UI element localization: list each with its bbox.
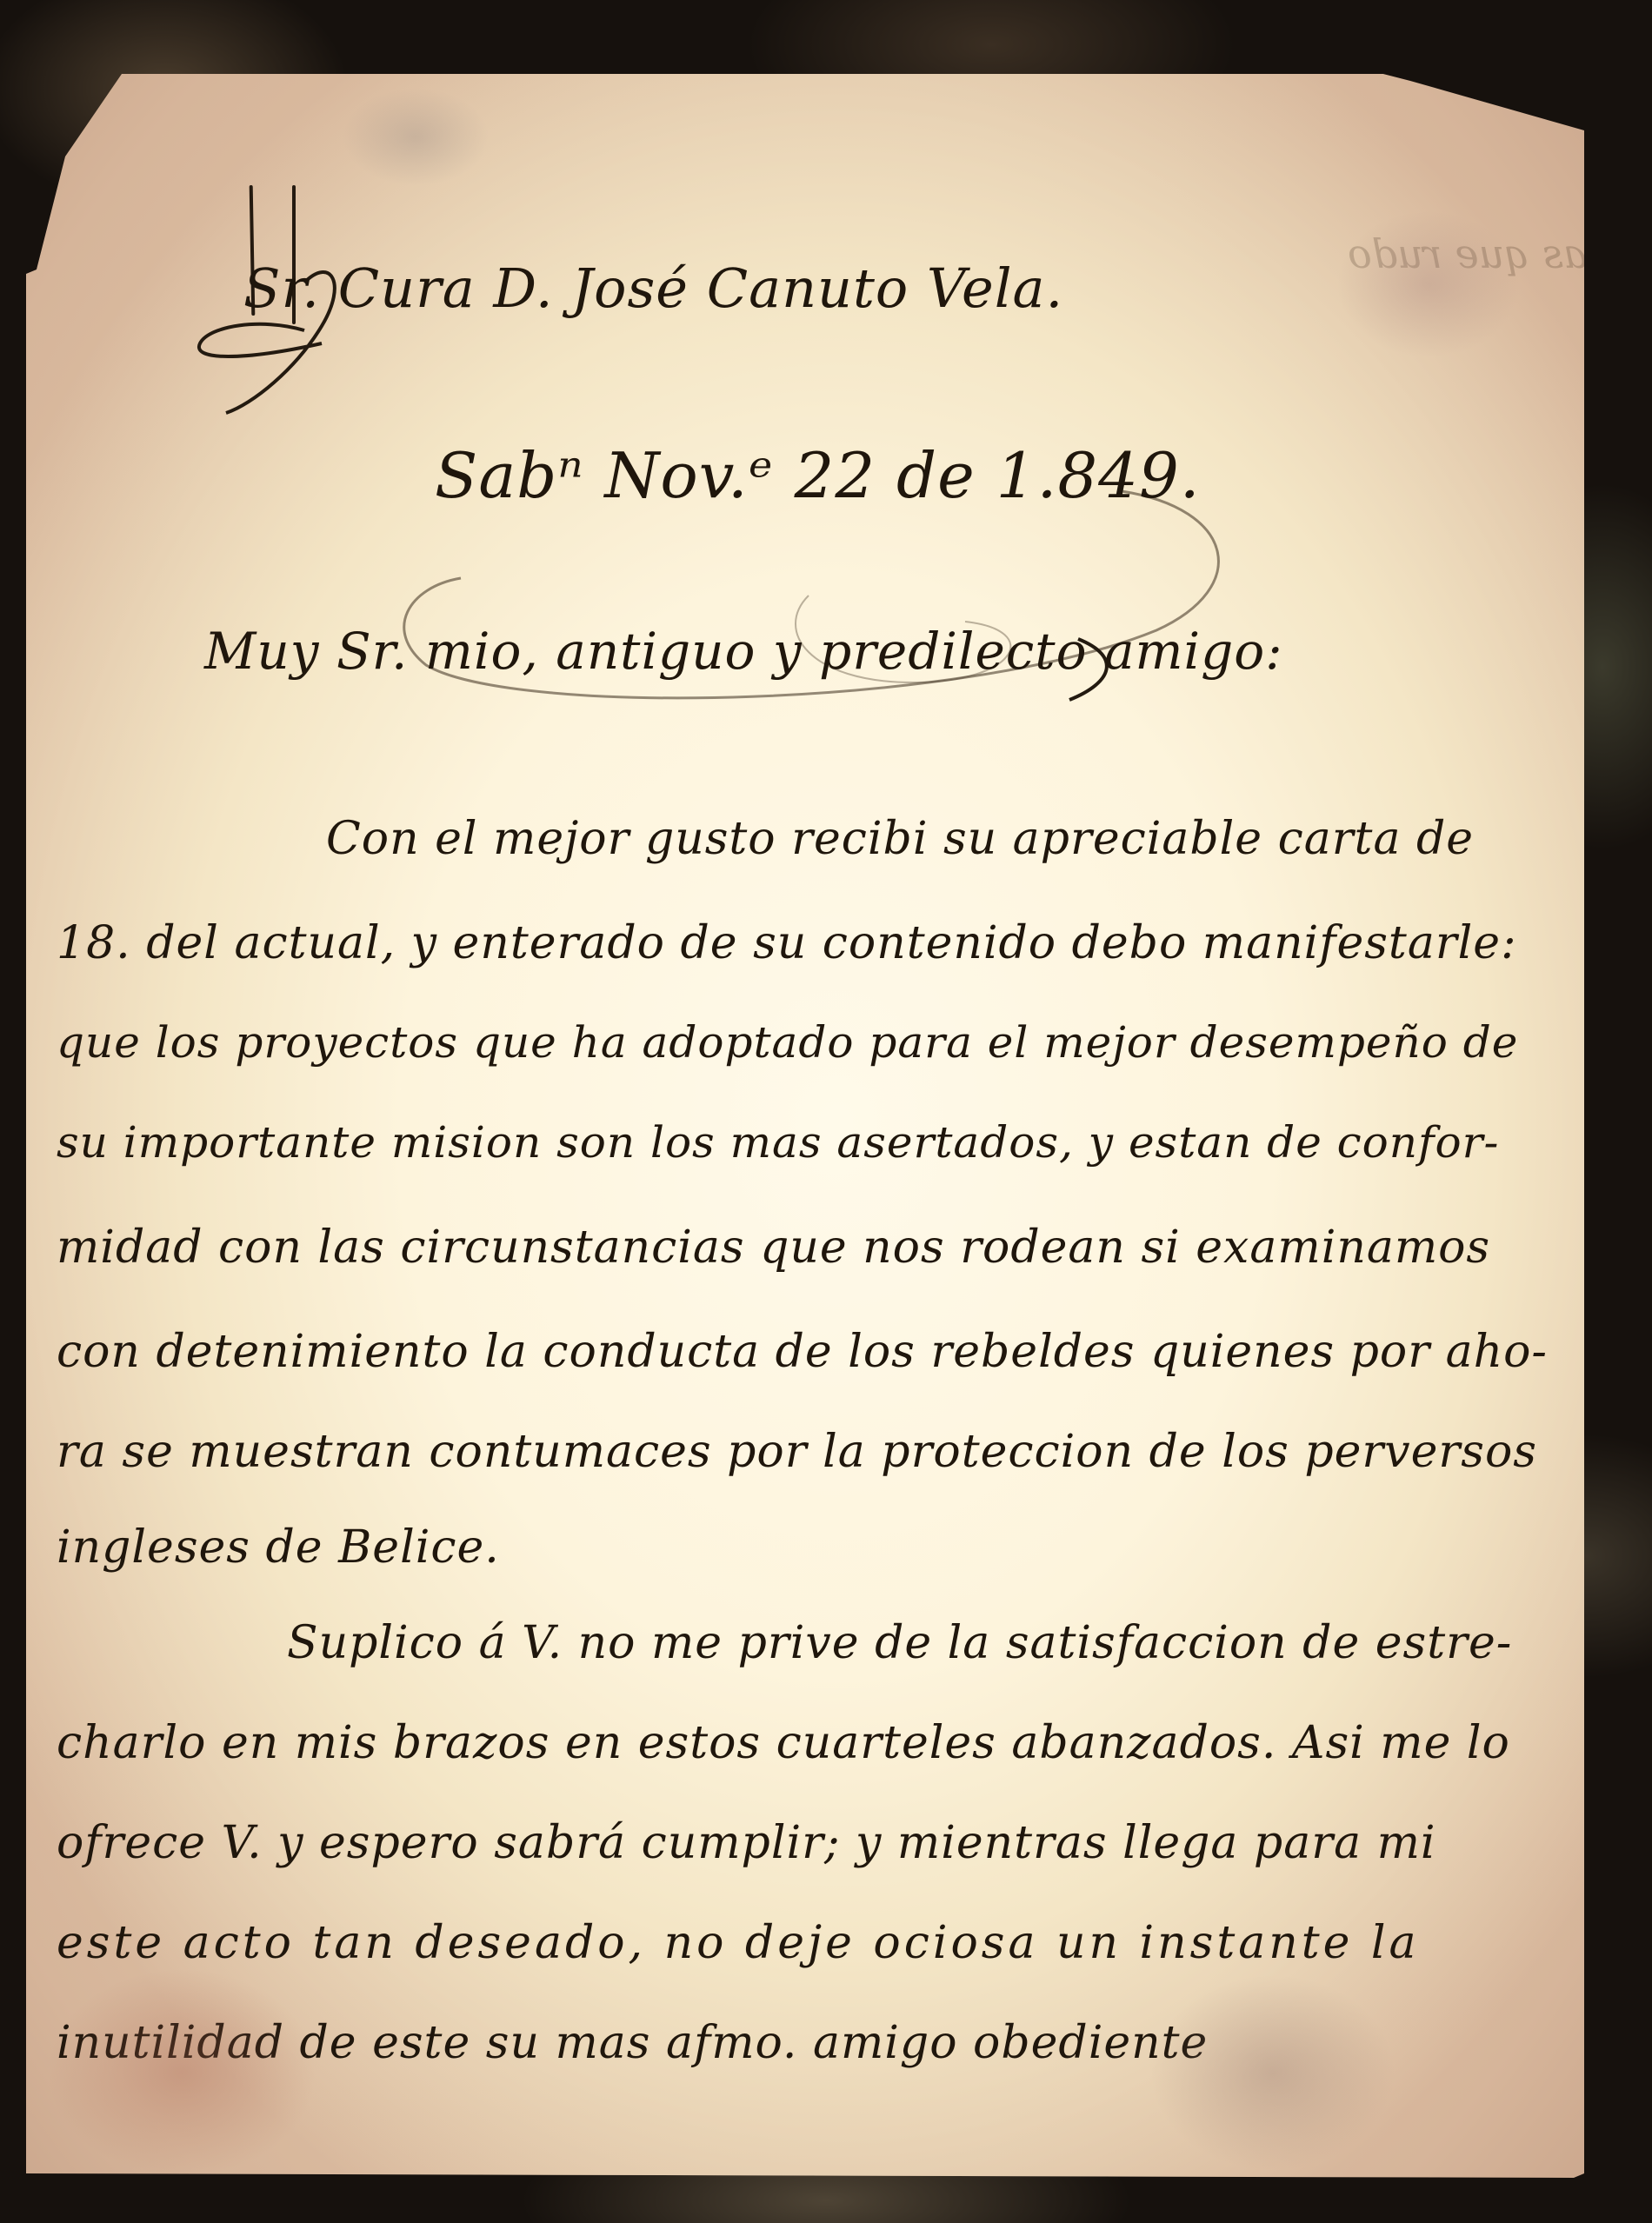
body-line: ra se muestran contumaces por la protecc…: [57, 1426, 1537, 1478]
letter-sheet: tuellas que rudo Sr. Cura D. José Canuto…: [26, 74, 1584, 2178]
dateline: Sabⁿ Nov.ᵉ 22 de 1.849.: [435, 439, 1201, 512]
body-line: Suplico á V. no me prive de la satisfacc…: [287, 1617, 1512, 1669]
body-line: charlo en mis brazos en estos cuarteles …: [57, 1717, 1510, 1769]
body-line: Con el mejor gusto recibi su apreciable …: [326, 813, 1474, 865]
body-line: su importante mision son los mas asertad…: [57, 1117, 1499, 1168]
body-line: este acto tan deseado, no deje ociosa un…: [57, 1917, 1420, 1969]
body-line: ofrece V. y espero sabrá cumplir; y mien…: [57, 1817, 1436, 1869]
body-line: con detenimiento la conducta de los rebe…: [57, 1326, 1548, 1378]
body-line: ingleses de Belice.: [57, 1521, 500, 1574]
addressee: Sr. Cura D. José Canuto Vela.: [243, 256, 1063, 320]
body-line: midad con las circunstancias que nos rod…: [57, 1221, 1490, 1274]
body-line: que los proyectos que ha adoptado para e…: [57, 1017, 1518, 1068]
body-line: inutilidad de este su mas afmo. amigo ob…: [57, 2017, 1208, 2069]
body-line: 18. del actual, y enterado de su conteni…: [57, 917, 1517, 969]
salutation: Muy Sr. mio, antiguo y predilecto amigo:: [204, 622, 1283, 681]
bleed-through-text: tuellas que rudo: [1348, 230, 1652, 277]
